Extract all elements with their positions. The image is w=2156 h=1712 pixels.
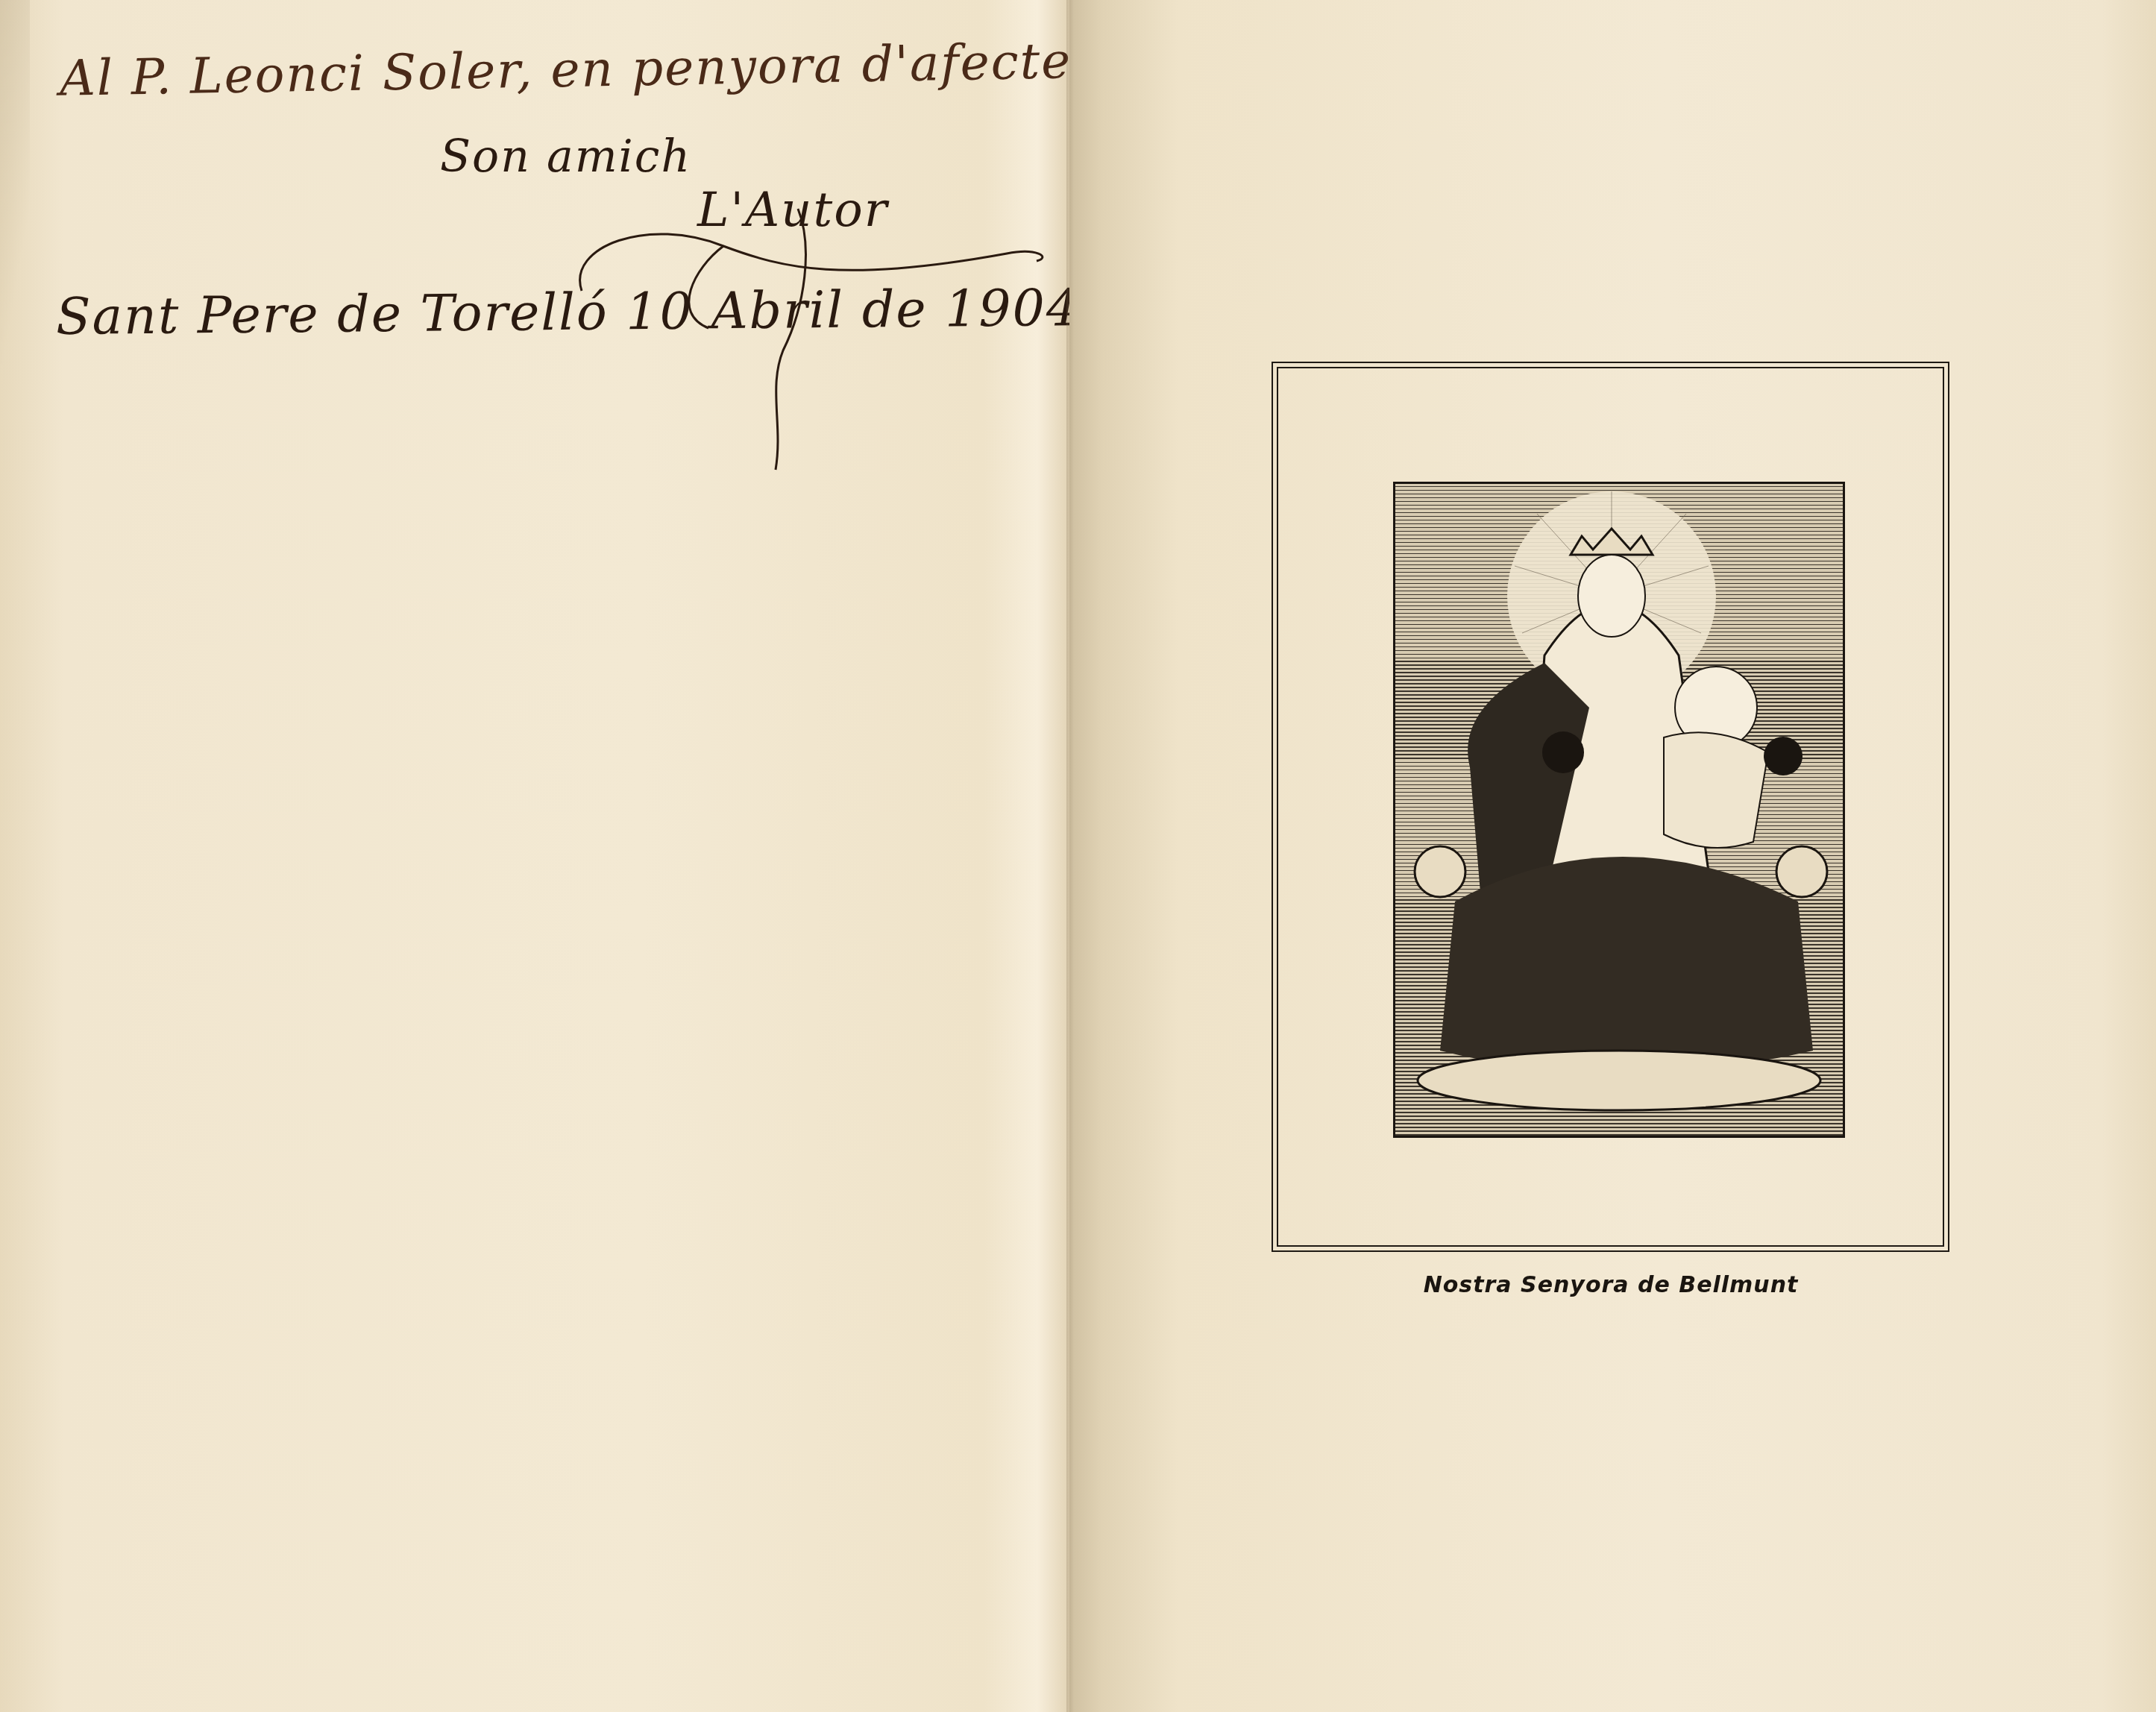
signature-flourish-icon	[559, 201, 1066, 485]
book-gutter	[1066, 0, 1074, 1712]
madonna-engraving	[1393, 482, 1845, 1138]
handwritten-dedication: Al P. Leonci Soler, en penyora d'afecte …	[0, 0, 1069, 522]
dedication-line: Al P. Leonci Soler, en penyora d'afecte	[59, 32, 1072, 107]
closing-line: Son amich	[440, 130, 691, 183]
illustration-caption: Nostra Senyora de Bellmunt	[1402, 1272, 1820, 1298]
madonna-and-child-icon	[1395, 484, 1843, 1136]
left-page-flyleaf: Al P. Leonci Soler, en penyora d'afecte …	[0, 0, 1069, 1712]
